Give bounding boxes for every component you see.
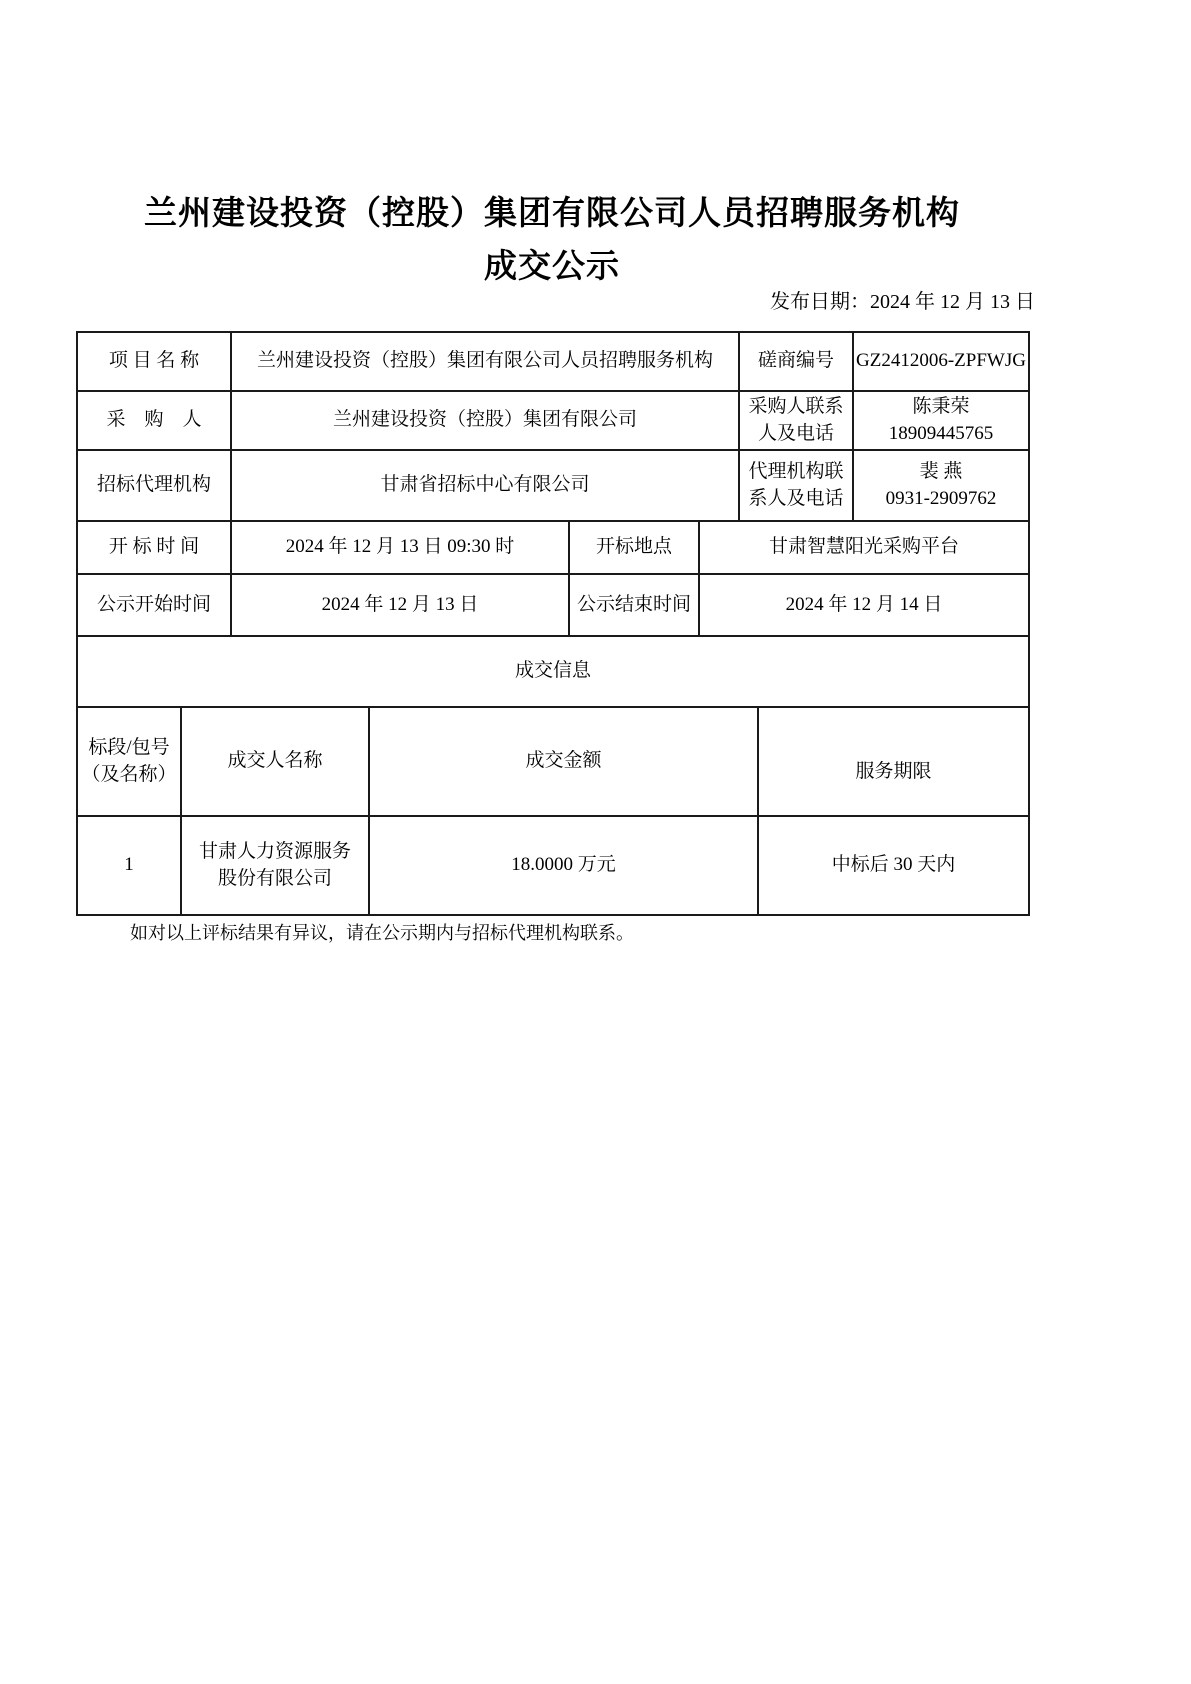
footnote-text: 如对以上评标结果有异议，请在公示期内与招标代理机构联系。 — [130, 921, 634, 945]
table-row-deal-headers: 标段/包号 （及名称） 成交人名称 成交金额 服务期限 — [78, 708, 1030, 817]
purchaser-value: 兰州建设投资（控股）集团有限公司 — [232, 392, 740, 451]
period-header: 服务期限 — [759, 708, 1030, 817]
table-row-publicity: 公示开始时间 2024 年 12 月 13 日 公示结束时间 2024 年 12… — [78, 575, 1030, 637]
winner-name-line2: 股份有限公司 — [218, 866, 332, 893]
bid-open-time-label: 开 标 时 间 — [78, 522, 232, 575]
agency-label: 招标代理机构 — [78, 451, 232, 522]
bid-open-place-label: 开标地点 — [570, 522, 700, 575]
purchaser-contact-label: 采购人联系 人及电话 — [740, 392, 854, 451]
negotiation-no-value: GZ2412006-ZPFWJG — [854, 333, 1030, 392]
purchaser-contact-value: 陈秉荣 18909445765 — [854, 392, 1030, 451]
publicity-start-label: 公示开始时间 — [78, 575, 232, 637]
table-row-deal-data: 1 甘肃人力资源服务 股份有限公司 18.0000 万元 中标后 30 天内 — [78, 817, 1030, 916]
publish-date: 发布日期：2024 年 12 月 13 日 — [770, 289, 1035, 315]
agency-contact-name: 裴 燕 — [920, 459, 963, 486]
purchaser-contact-label-line1: 采购人联系 — [748, 394, 843, 421]
agency-contact-label-line1: 代理机构联 — [748, 459, 843, 486]
title-line-1: 兰州建设投资（控股）集团有限公司人员招聘服务机构 — [76, 188, 1028, 241]
project-name-value: 兰州建设投资（控股）集团有限公司人员招聘服务机构 — [232, 333, 740, 392]
purchaser-label: 采 购 人 — [78, 392, 232, 451]
lot-header: 标段/包号 （及名称） — [78, 708, 182, 817]
agency-value: 甘肃省招标中心有限公司 — [232, 451, 740, 522]
negotiation-no-label: 磋商编号 — [740, 333, 854, 392]
purchaser-contact-label-line2: 人及电话 — [758, 421, 834, 448]
publicity-start-value: 2024 年 12 月 13 日 — [232, 575, 570, 637]
agency-contact-phone: 0931-2909762 — [886, 486, 997, 513]
winner-name-line1: 甘肃人力资源服务 — [199, 839, 351, 866]
purchaser-contact-name: 陈秉荣 — [912, 394, 969, 421]
winner-header: 成交人名称 — [182, 708, 370, 817]
lot-cell: 1 — [78, 817, 182, 916]
table-row-section-title: 成交信息 — [78, 637, 1030, 708]
table-row-project: 项 目 名 称 兰州建设投资（控股）集团有限公司人员招聘服务机构 磋商编号 GZ… — [78, 333, 1030, 392]
winner-cell: 甘肃人力资源服务 股份有限公司 — [182, 817, 370, 916]
document-title: 兰州建设投资（控股）集团有限公司人员招聘服务机构 成交公示 — [76, 188, 1028, 294]
title-line-2: 成交公示 — [76, 241, 1028, 294]
agency-contact-value: 裴 燕 0931-2909762 — [854, 451, 1030, 522]
publicity-end-value: 2024 年 12 月 14 日 — [700, 575, 1030, 637]
table-row-agency: 招标代理机构 甘肃省招标中心有限公司 代理机构联 系人及电话 裴 燕 0931-… — [78, 451, 1030, 522]
bid-open-time-value: 2024 年 12 月 13 日 09:30 时 — [232, 522, 570, 575]
publicity-end-label: 公示结束时间 — [570, 575, 700, 637]
project-name-label: 项 目 名 称 — [78, 333, 232, 392]
document-page: 兰州建设投资（控股）集团有限公司人员招聘服务机构 成交公示 发布日期：2024 … — [0, 0, 1191, 1684]
table-row-purchaser: 采 购 人 兰州建设投资（控股）集团有限公司 采购人联系 人及电话 陈秉荣 18… — [78, 392, 1030, 451]
period-cell: 中标后 30 天内 — [759, 817, 1030, 916]
announcement-table: 项 目 名 称 兰州建设投资（控股）集团有限公司人员招聘服务机构 磋商编号 GZ… — [76, 331, 1030, 916]
amount-cell: 18.0000 万元 — [370, 817, 759, 916]
deal-info-section-title: 成交信息 — [78, 637, 1030, 708]
table-row-bid-opening: 开 标 时 间 2024 年 12 月 13 日 09:30 时 开标地点 甘肃… — [78, 522, 1030, 575]
lot-header-line2: （及名称） — [81, 762, 176, 789]
lot-header-line1: 标段/包号 — [88, 735, 169, 762]
amount-header: 成交金额 — [370, 708, 759, 817]
bid-open-place-value: 甘肃智慧阳光采购平台 — [700, 522, 1030, 575]
agency-contact-label: 代理机构联 系人及电话 — [740, 451, 854, 522]
agency-contact-label-line2: 系人及电话 — [748, 486, 843, 513]
purchaser-contact-phone: 18909445765 — [889, 421, 994, 448]
